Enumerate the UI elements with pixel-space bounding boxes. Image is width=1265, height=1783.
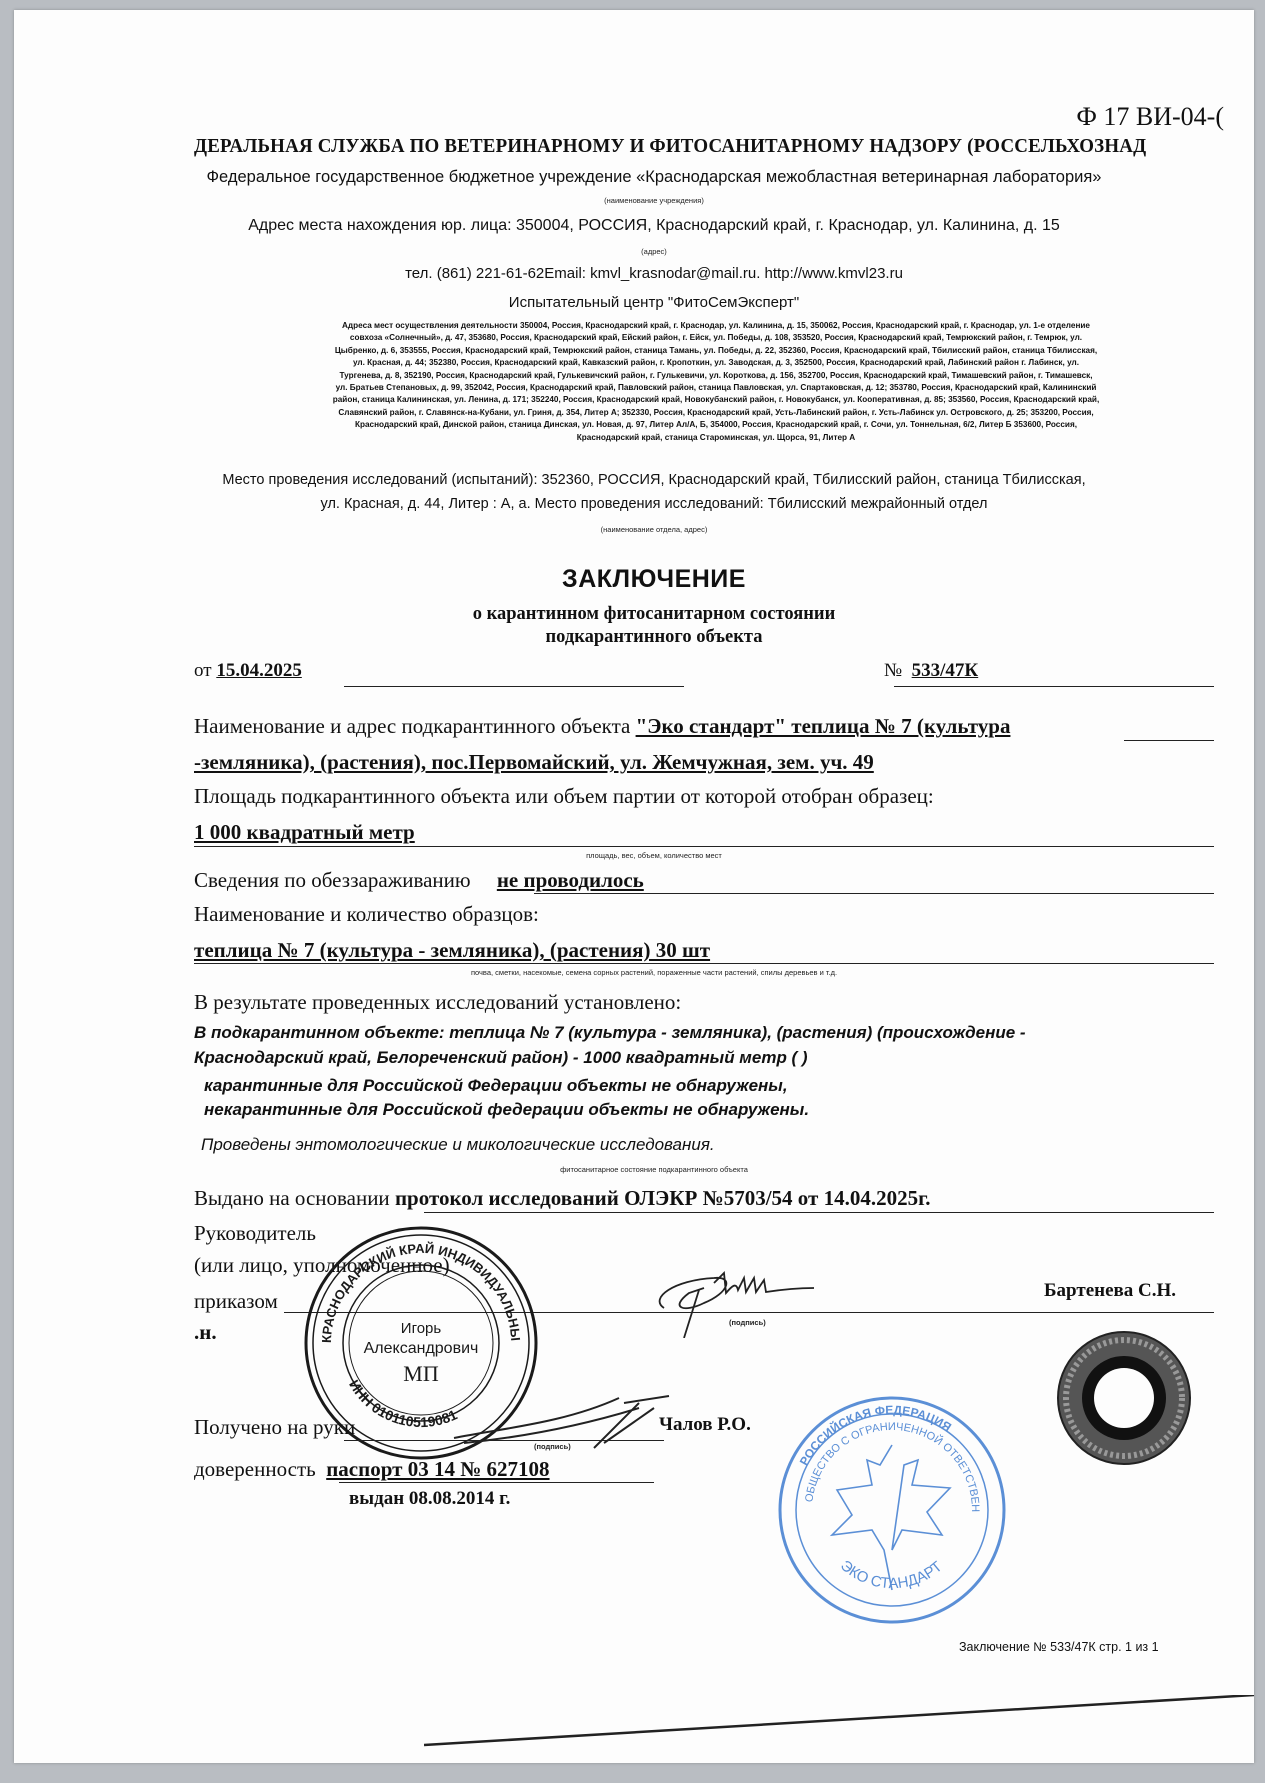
contacts: тел. (861) 221-61-62Email: kmvl_krasnoda… bbox=[14, 265, 1254, 282]
hologram-rosette-icon bbox=[1054, 1328, 1194, 1468]
received-label: Получено на руки bbox=[194, 1415, 355, 1440]
received-name: Чалов Р.О. bbox=[659, 1414, 751, 1436]
proxy-value-1: паспорт 03 14 № 627108 bbox=[326, 1457, 549, 1481]
head-label-3: приказом bbox=[194, 1289, 278, 1314]
samples-underline bbox=[194, 963, 1214, 964]
agency-name: ДЕРАЛЬНАЯ СЛУЖБА ПО ВЕТЕРИНАРНОМУ И ФИТО… bbox=[194, 136, 1146, 158]
object-value-2: -земляника), (растения), пос.Первомайски… bbox=[194, 750, 874, 774]
samples-row: теплица № 7 (культура - земляника), (рас… bbox=[194, 938, 710, 963]
disinfection-value: не проводилось bbox=[497, 868, 644, 892]
address-caption: (адрес) bbox=[14, 247, 1254, 256]
svg-text:Александрович: Александрович bbox=[364, 1340, 479, 1357]
samples-caption: почва, сметки, насекомые, семена сорных … bbox=[14, 968, 1254, 977]
results-line-2: Краснодарский край, Белореченский район)… bbox=[194, 1048, 808, 1068]
head-name: Бартенева С.Н. bbox=[1044, 1280, 1176, 1302]
head-label-4: .н. bbox=[194, 1320, 217, 1345]
head-signature-icon bbox=[644, 1268, 844, 1338]
date-underline bbox=[344, 686, 684, 687]
signature-caption-2: (подпись) bbox=[534, 1442, 571, 1451]
area-value: 1 000 квадратный метр bbox=[194, 820, 415, 844]
basis-underline bbox=[424, 1212, 1214, 1213]
legal-address: Адрес места нахождения юр. лица: 350004,… bbox=[14, 217, 1254, 235]
eco-standart-seal-icon: РОССИЙСКАЯ ФЕДЕРАЦИЯ ОБЩЕСТВО С ОГРАНИЧЕ… bbox=[772, 1390, 1012, 1630]
institution-name: Федеральное государственное бюджетное уч… bbox=[14, 168, 1254, 187]
samples-value: теплица № 7 (культура - земляника), (рас… bbox=[194, 938, 710, 962]
area-label: Площадь подкарантинного объекта или объе… bbox=[194, 784, 934, 809]
object-row-1: Наименование и адрес подкарантинного объ… bbox=[194, 714, 1010, 739]
object-value-1: "Эко стандарт" теплица № 7 (культура bbox=[636, 714, 1011, 738]
research-place-line-1: Место проведения исследований (испытаний… bbox=[14, 472, 1254, 488]
page-note: Заключение № 533/47К стр. 1 из 1 bbox=[959, 1640, 1159, 1654]
research-place-line-2: ул. Красная, д. 44, Литер : А, а. Место … bbox=[14, 496, 1254, 512]
activity-addresses: Адреса мест осуществления деятельности 3… bbox=[212, 320, 1220, 444]
samples-label: Наименование и количество образцов: bbox=[194, 902, 539, 927]
document-title: ЗАКЛЮЧЕНИЕ bbox=[14, 565, 1254, 594]
results-label: В результате проведенных исследований ус… bbox=[194, 990, 681, 1015]
number-underline bbox=[894, 686, 1214, 687]
date-row: от 15.04.2025 bbox=[194, 660, 302, 682]
svg-text:Игорь: Игорь bbox=[401, 1320, 442, 1337]
proxy-value-2: выдан 08.08.2014 г. bbox=[349, 1488, 510, 1510]
results-line-4: некарантинные для Российской федерации о… bbox=[204, 1100, 809, 1120]
results-line-3: карантинные для Российской Федерации объ… bbox=[204, 1076, 788, 1096]
area-row: 1 000 квадратный метр bbox=[194, 820, 415, 845]
testing-center: Испытательный центр "ФитоСемЭксперт" bbox=[14, 294, 1254, 311]
document-page: Ф 17 ВИ-04-( ДЕРАЛЬНАЯ СЛУЖБА ПО ВЕТЕРИН… bbox=[14, 10, 1254, 1763]
proxy-row: доверенность паспорт 03 14 № 627108 bbox=[194, 1457, 550, 1482]
proxy-underline bbox=[339, 1482, 654, 1483]
document-date: 15.04.2025 bbox=[216, 660, 302, 681]
institution-caption: (наименование учреждения) bbox=[14, 196, 1254, 205]
form-code: Ф 17 ВИ-04-( bbox=[1076, 102, 1224, 132]
disinfection-underline bbox=[534, 893, 1214, 894]
basis-value: протокол исследований ОЛЭКР №5703/54 от … bbox=[395, 1186, 931, 1210]
scan-fold-line bbox=[424, 1695, 1254, 1755]
results-note: Проведены энтомологические и микологичес… bbox=[201, 1135, 715, 1155]
results-caption: фитосанитарное состояние подкарантинного… bbox=[14, 1165, 1254, 1174]
disinfection-row: Сведения по обеззараживанию не проводило… bbox=[194, 868, 644, 893]
basis-row: Выдано на основании протокол исследовани… bbox=[194, 1186, 931, 1211]
object-row-2: -земляника), (растения), пос.Первомайски… bbox=[194, 750, 874, 775]
area-underline bbox=[194, 846, 1214, 847]
svg-text:МП: МП bbox=[403, 1361, 439, 1386]
document-number: 533/47К bbox=[912, 660, 979, 681]
number-row: № 533/47К bbox=[884, 660, 978, 682]
object-underline-1 bbox=[1124, 740, 1214, 741]
results-line-1: В подкарантинном объекте: теплица № 7 (к… bbox=[194, 1023, 1026, 1043]
department-caption: (наименование отдела, адрес) bbox=[14, 525, 1254, 534]
document-subtitle-2: подкарантинного объекта bbox=[14, 627, 1254, 648]
document-subtitle-1: о карантинном фитосанитарном состоянии bbox=[14, 604, 1254, 625]
area-caption: площадь, вес, объем, количество мест bbox=[14, 851, 1254, 860]
head-label-1: Руководитель bbox=[194, 1221, 316, 1246]
